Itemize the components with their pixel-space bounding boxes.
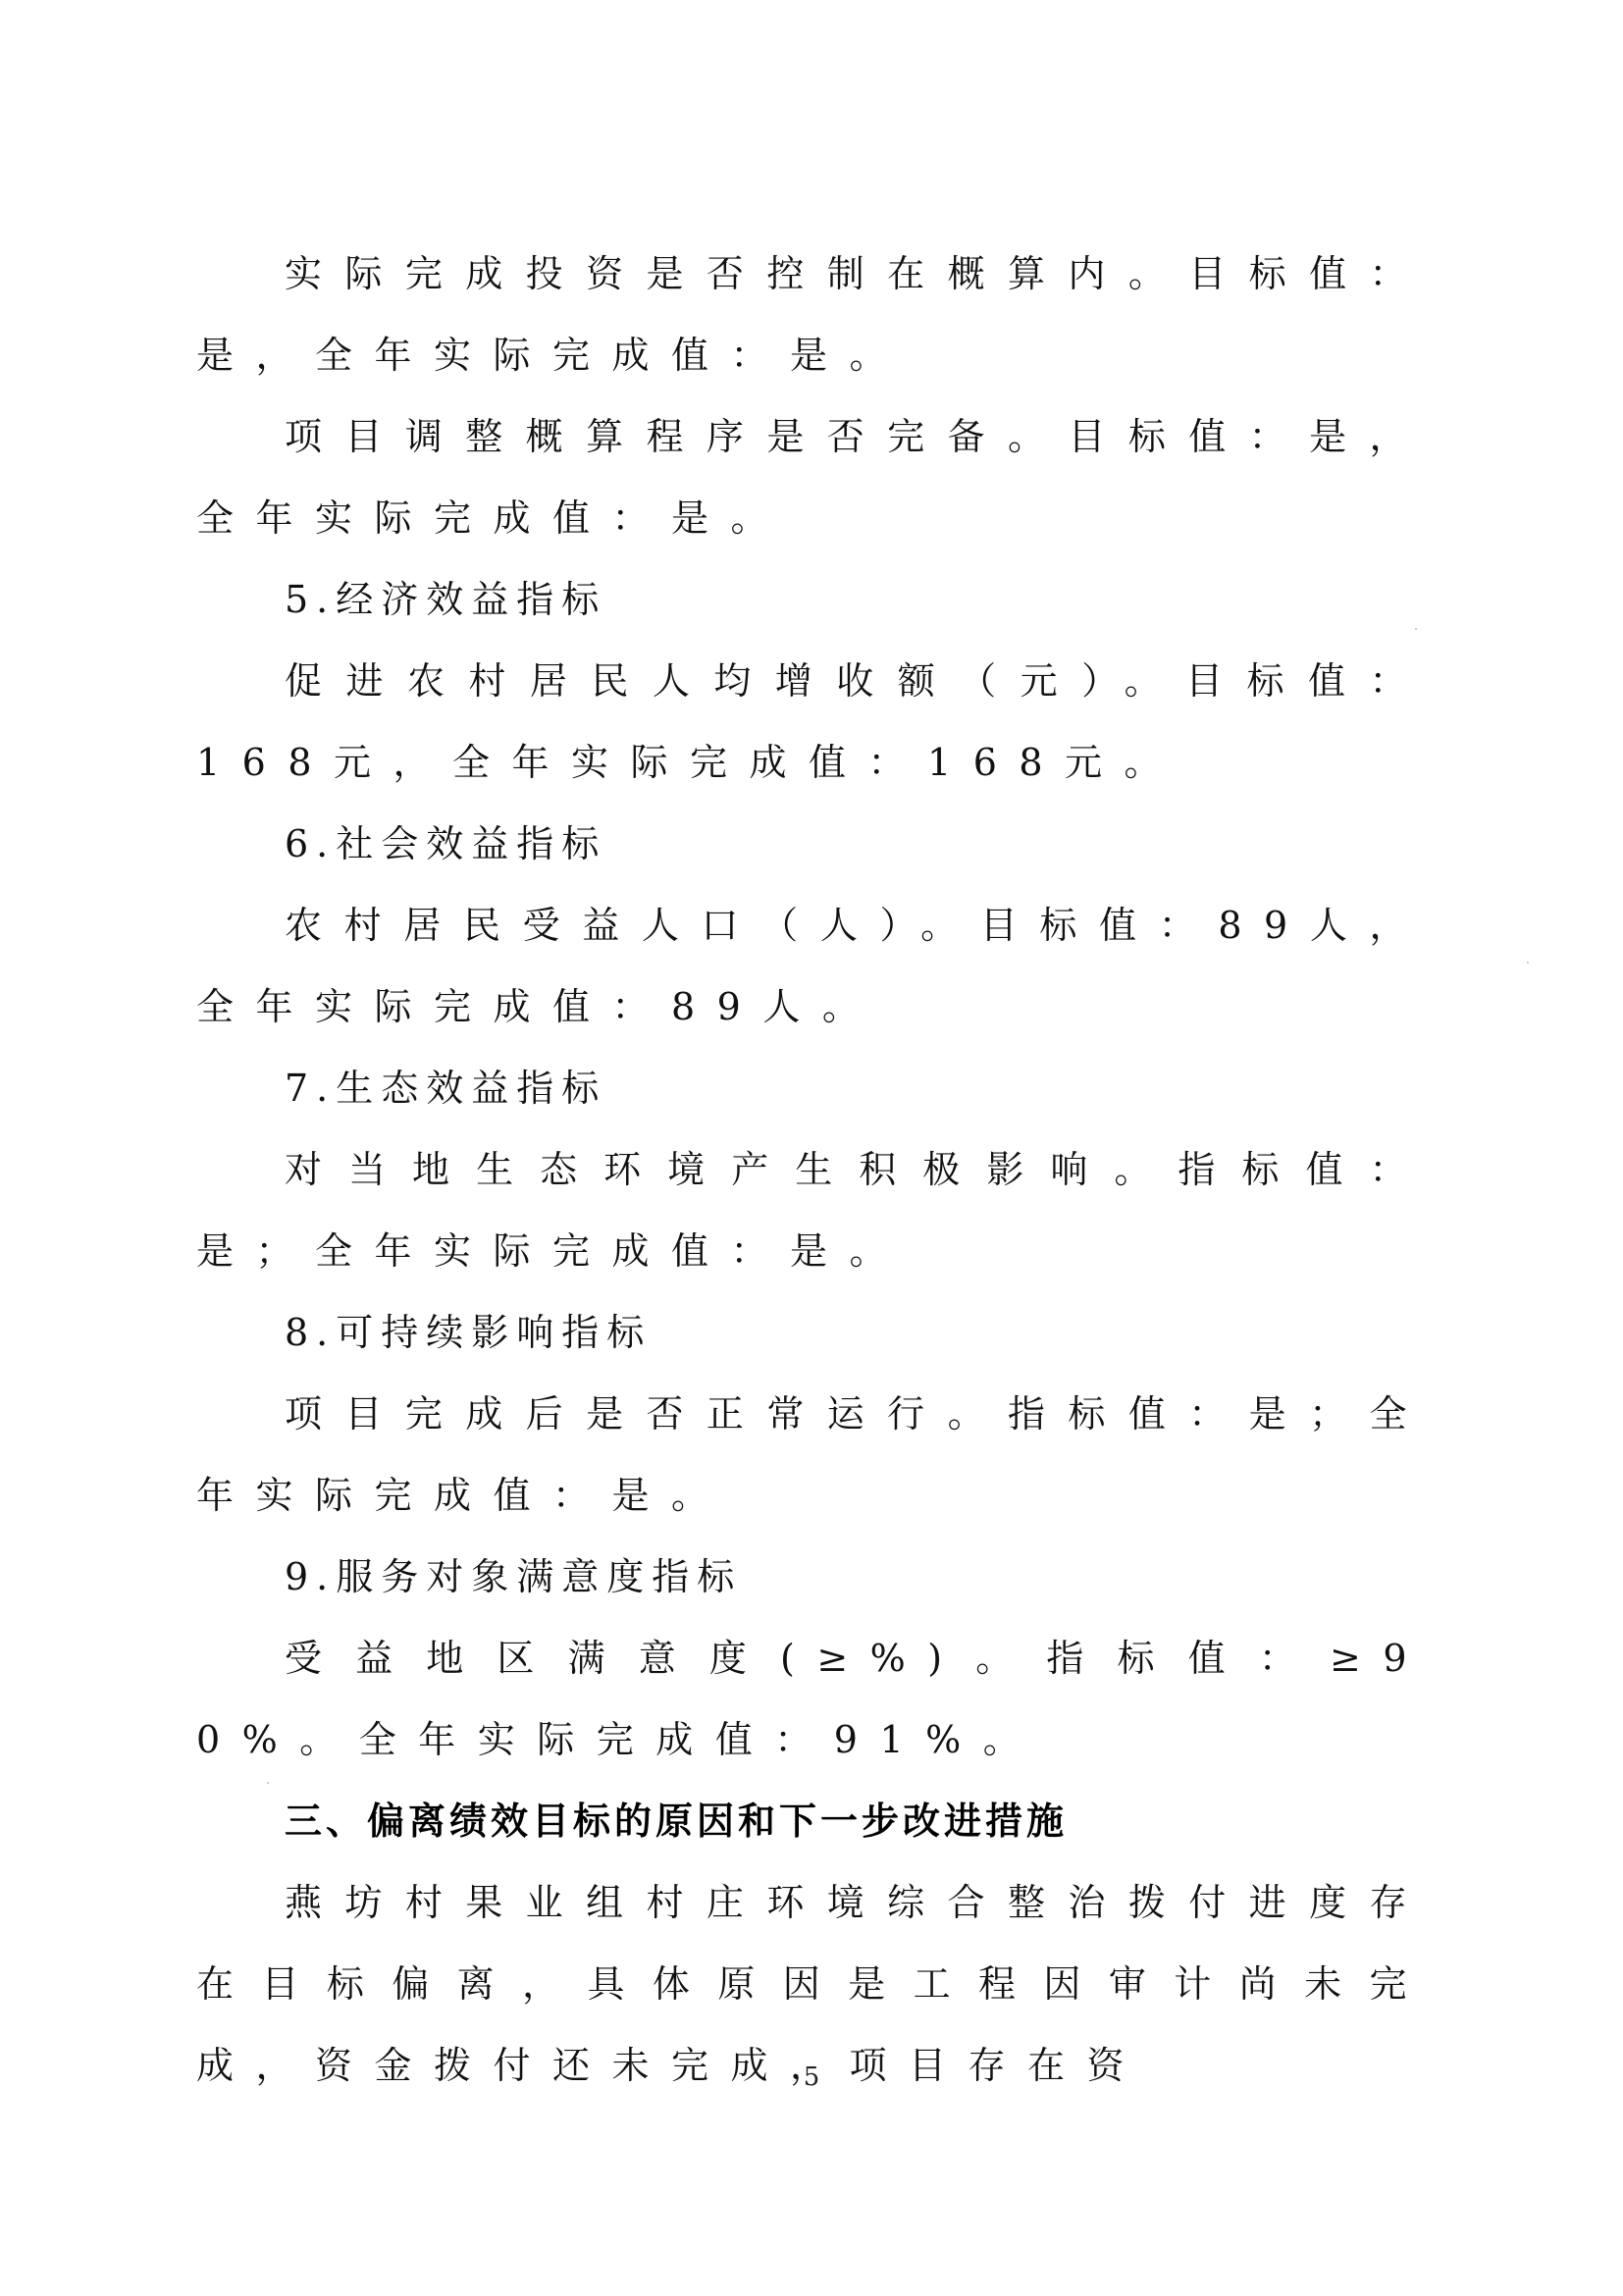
paragraph-investment-within-budget: 实际完成投资是否控制在概算内。目标值：是，全年实际完成值：是。 — [196, 234, 1429, 396]
section-heading-deviation-reasons: 三、偏离绩效目标的原因和下一步改进措施 — [196, 1781, 1429, 1862]
subheading-satisfaction: 9.服务对象满意度指标 — [196, 1537, 1429, 1618]
subheading-sustainability: 8.可持续影响指标 — [196, 1292, 1429, 1374]
document-page: 实际完成投资是否控制在概算内。目标值：是，全年实际完成值：是。 项目调整概算程序… — [0, 0, 1623, 2296]
document-body: 实际完成投资是否控制在概算内。目标值：是，全年实际完成值：是。 项目调整概算程序… — [196, 234, 1429, 2107]
paragraph-budget-adjustment-procedure: 项目调整概算程序是否完备。目标值：是，全年实际完成值：是。 — [196, 396, 1429, 559]
subheading-economic-benefit: 5.经济效益指标 — [196, 559, 1429, 641]
paragraph-beneficiary-population: 农村居民受益人口（人）。目标值：89人，全年实际完成值：89人。 — [196, 885, 1429, 1048]
scan-speck — [267, 1782, 269, 1784]
paragraph-satisfaction-rate: 受益地区满意度(≥%)。指标值：≥90%。全年实际完成值：91%。 — [196, 1618, 1429, 1781]
scan-speck — [1527, 962, 1529, 964]
page-number: 5 — [0, 2062, 1623, 2092]
subheading-ecological-benefit: 7.生态效益指标 — [196, 1048, 1429, 1129]
scan-speck — [1415, 628, 1417, 630]
paragraph-normal-operation: 项目完成后是否正常运行。指标值：是；全年实际完成值：是。 — [196, 1374, 1429, 1537]
paragraph-income-increase: 促进农村居民人均增收额（元）。目标值：168元，全年实际完成值：168元。 — [196, 641, 1429, 804]
paragraph-ecological-impact: 对当地生态环境产生积极影响。指标值：是；全年实际完成值：是。 — [196, 1129, 1429, 1292]
subheading-social-benefit: 6.社会效益指标 — [196, 804, 1429, 885]
